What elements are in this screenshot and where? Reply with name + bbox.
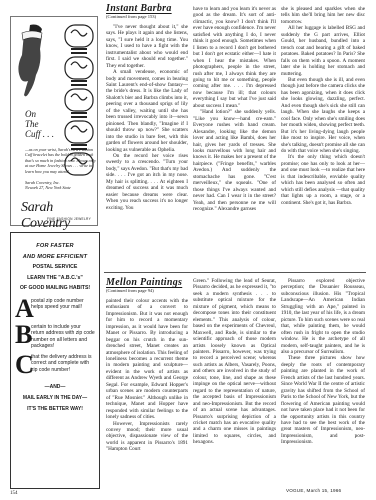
abc-item-a: A postal zip code number helps speed you… [15, 298, 95, 320]
drop-cap: C [15, 354, 31, 376]
ad-headline-2: AND MORE EFFICIENT [11, 252, 99, 263]
mellon-column-2: Green." Following the lead of Seurat, Pi… [193, 278, 276, 446]
ad-footer-1: MAIL EARLY IN THE DAY— [11, 393, 99, 404]
ad-headline-1: FOR FASTER [11, 241, 99, 252]
gloved-hand-illustration [16, 23, 50, 103]
barbra-column-2: have to learn and you learn it's never a… [193, 6, 276, 213]
mellon-column-1: Mellon Paintings (Continued from page 94… [106, 280, 188, 453]
ad-footer-2: IT'S THE BETTER WAY! [11, 404, 99, 415]
ad-title: On The Cuff . . . [25, 109, 54, 139]
barbra-column-1: Instant Barbra (Continued from page 153)… [106, 6, 188, 211]
page-folio: VOGUE, March 15, 1966 [286, 488, 341, 493]
sarah-coventry-logo: Sarah Coventry [21, 200, 97, 232]
ad-address: Sarah Coventry, Inc. Newark 27, New York… [25, 180, 97, 191]
continued-note: (Continued from page 153) [106, 14, 188, 20]
mellon-column-3: Pissarro explored objective perception; … [281, 278, 365, 446]
barbra-column-3: she is pleased and sparkles when she tel… [281, 6, 365, 206]
article-heading: Instant Barbra [106, 6, 188, 12]
abc-item-b: B certain to include your return address… [15, 324, 95, 350]
ad-headline-3: POSTAL SERVICE [11, 262, 99, 273]
article-divider [104, 272, 366, 273]
ad-and: —AND— [11, 382, 99, 393]
article-heading: Mellon Paintings [106, 280, 188, 286]
ad-headline-4: LEARN THE "A.B.C.'s" [11, 273, 99, 284]
continued-note: (Continued from page 94) [106, 288, 188, 294]
ad-headline-5: OF GOOD MAILING HABITS! [11, 283, 99, 294]
postal-service-ad: FOR FASTER AND MORE EFFICIENT POSTAL SER… [10, 232, 100, 489]
drop-cap: B [15, 324, 31, 346]
logo-tagline: FINE FASHION JEWELRY [47, 217, 91, 221]
abc-item-c: C that the delivery address is correct a… [15, 354, 95, 376]
ad-copy: —as on your wrist, Sarah's new Fashion C… [25, 147, 97, 174]
page-number: 154 [10, 491, 18, 496]
sarah-coventry-ad: On The Cuff . . . —as on your wrist, Sar… [10, 16, 98, 226]
drop-cap: A [15, 298, 31, 320]
